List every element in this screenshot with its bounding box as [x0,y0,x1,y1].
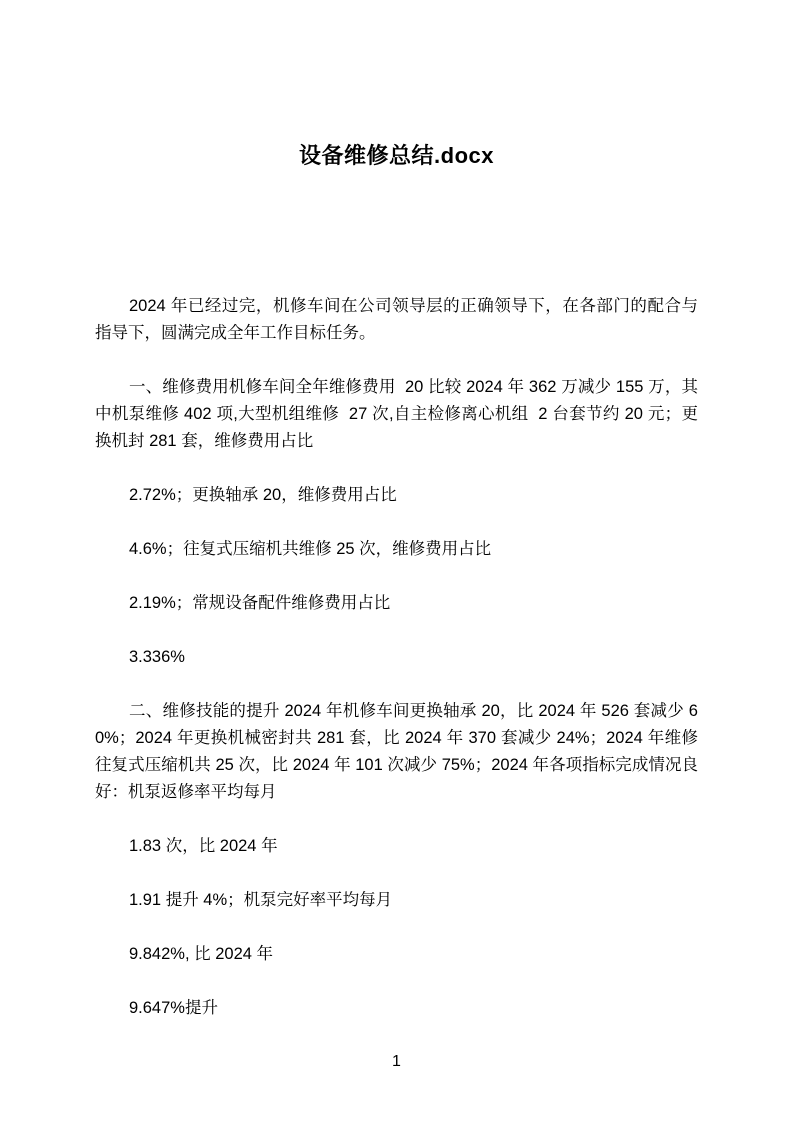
paragraph-item: 1.83 次，比 2024 年 [95,833,698,860]
paragraph-section-2: 二、维修技能的提升 2024 年机修车间更换轴承 20，比 2024 年 526… [95,698,698,806]
paragraph-item: 3.336% [95,644,698,671]
paragraph-item: 9.647%提升 [95,995,698,1022]
paragraph-section-1: 一、维修费用机修车间全年维修费用 20 比较 2024 年 362 万减少 15… [95,374,698,455]
paragraph-item: 2.19%；常规设备配件维修费用占比 [95,590,698,617]
paragraph-item: 1.91 提升 4%；机泵完好率平均每月 [95,887,698,914]
document-page: 设备维修总结.docx 2024 年已经过完，机修车间在公司领导层的正确领导下，… [0,0,793,1122]
paragraph-item: 2.72%；更换轴承 20，维修费用占比 [95,482,698,509]
page-number: 1 [0,1052,793,1072]
document-body: 2024 年已经过完，机修车间在公司领导层的正确领导下，在各部门的配合与指导下，… [95,293,698,1022]
document-content: 设备维修总结.docx 2024 年已经过完，机修车间在公司领导层的正确领导下，… [0,0,793,1022]
document-title: 设备维修总结.docx [95,0,698,168]
paragraph-intro: 2024 年已经过完，机修车间在公司领导层的正确领导下，在各部门的配合与指导下，… [95,293,698,347]
paragraph-item: 9.842%, 比 2024 年 [95,941,698,968]
paragraph-item: 4.6%；往复式压缩机共维修 25 次，维修费用占比 [95,536,698,563]
